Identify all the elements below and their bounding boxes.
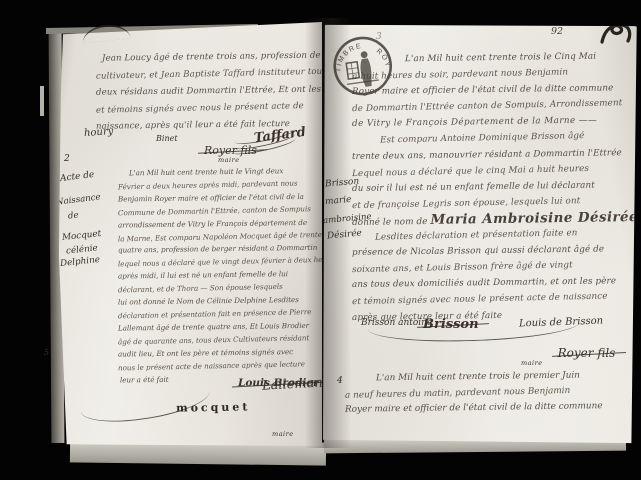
signature-lallemant: Lallemant xyxy=(262,375,329,393)
act3-text-block: L'an Mil huit cent trente trois le Cinq … xyxy=(352,50,638,324)
margin-act-label: Acte de xyxy=(60,170,95,184)
name-line-prefix: donné le nom de xyxy=(352,217,428,228)
margin-act-number: 2 xyxy=(64,154,70,164)
manuscript-line: naissance, après qu'il leur a été fait l… xyxy=(96,115,344,135)
archival-edge-mark: 5 xyxy=(44,348,49,357)
left-page-scan: Jean Loucy âgé de trente trois ans, prof… xyxy=(56,22,322,446)
margin-child-name: Delphine xyxy=(60,255,101,269)
signature-royer-title: maire xyxy=(521,359,543,367)
right-page-scan: TIMBRE ROYAL 3 92 Brisson marie ambroisi… xyxy=(323,18,638,444)
signature-mocquet: mocquet xyxy=(176,400,251,414)
register-scan: 5 Jean Loucy âgé de trente trois ans, pr… xyxy=(0,0,641,480)
act2-text-block: L'an Mil huit cent trente huit le Vingt … xyxy=(118,166,338,385)
margin-act-number: 4 xyxy=(337,376,343,386)
margin-act-label: Naissance xyxy=(56,192,102,207)
margin-child-name: Mocquet xyxy=(62,229,102,243)
page-edge-notch xyxy=(40,86,44,116)
signature-royer-fils: Royer fils xyxy=(558,346,616,360)
signature-royer-title: maire xyxy=(218,156,240,164)
signature-houry: houry xyxy=(84,126,114,139)
act1-text-block: Jean Loucy âgé de trente trois ans, prof… xyxy=(96,49,344,134)
manuscript-line: Royer maire et officier de l'état civil … xyxy=(345,399,603,418)
pencil-folio-mark: 3 xyxy=(376,32,382,42)
signature-binet: Binet xyxy=(156,134,178,143)
margin-act-label: de xyxy=(67,210,79,221)
act4-text-block: L'an Mil huit cent trente trois le premi… xyxy=(345,370,603,417)
signature-royer-title: maire xyxy=(272,430,294,438)
margin-child-name: marie xyxy=(325,195,352,207)
page-number: 92 xyxy=(551,26,563,37)
